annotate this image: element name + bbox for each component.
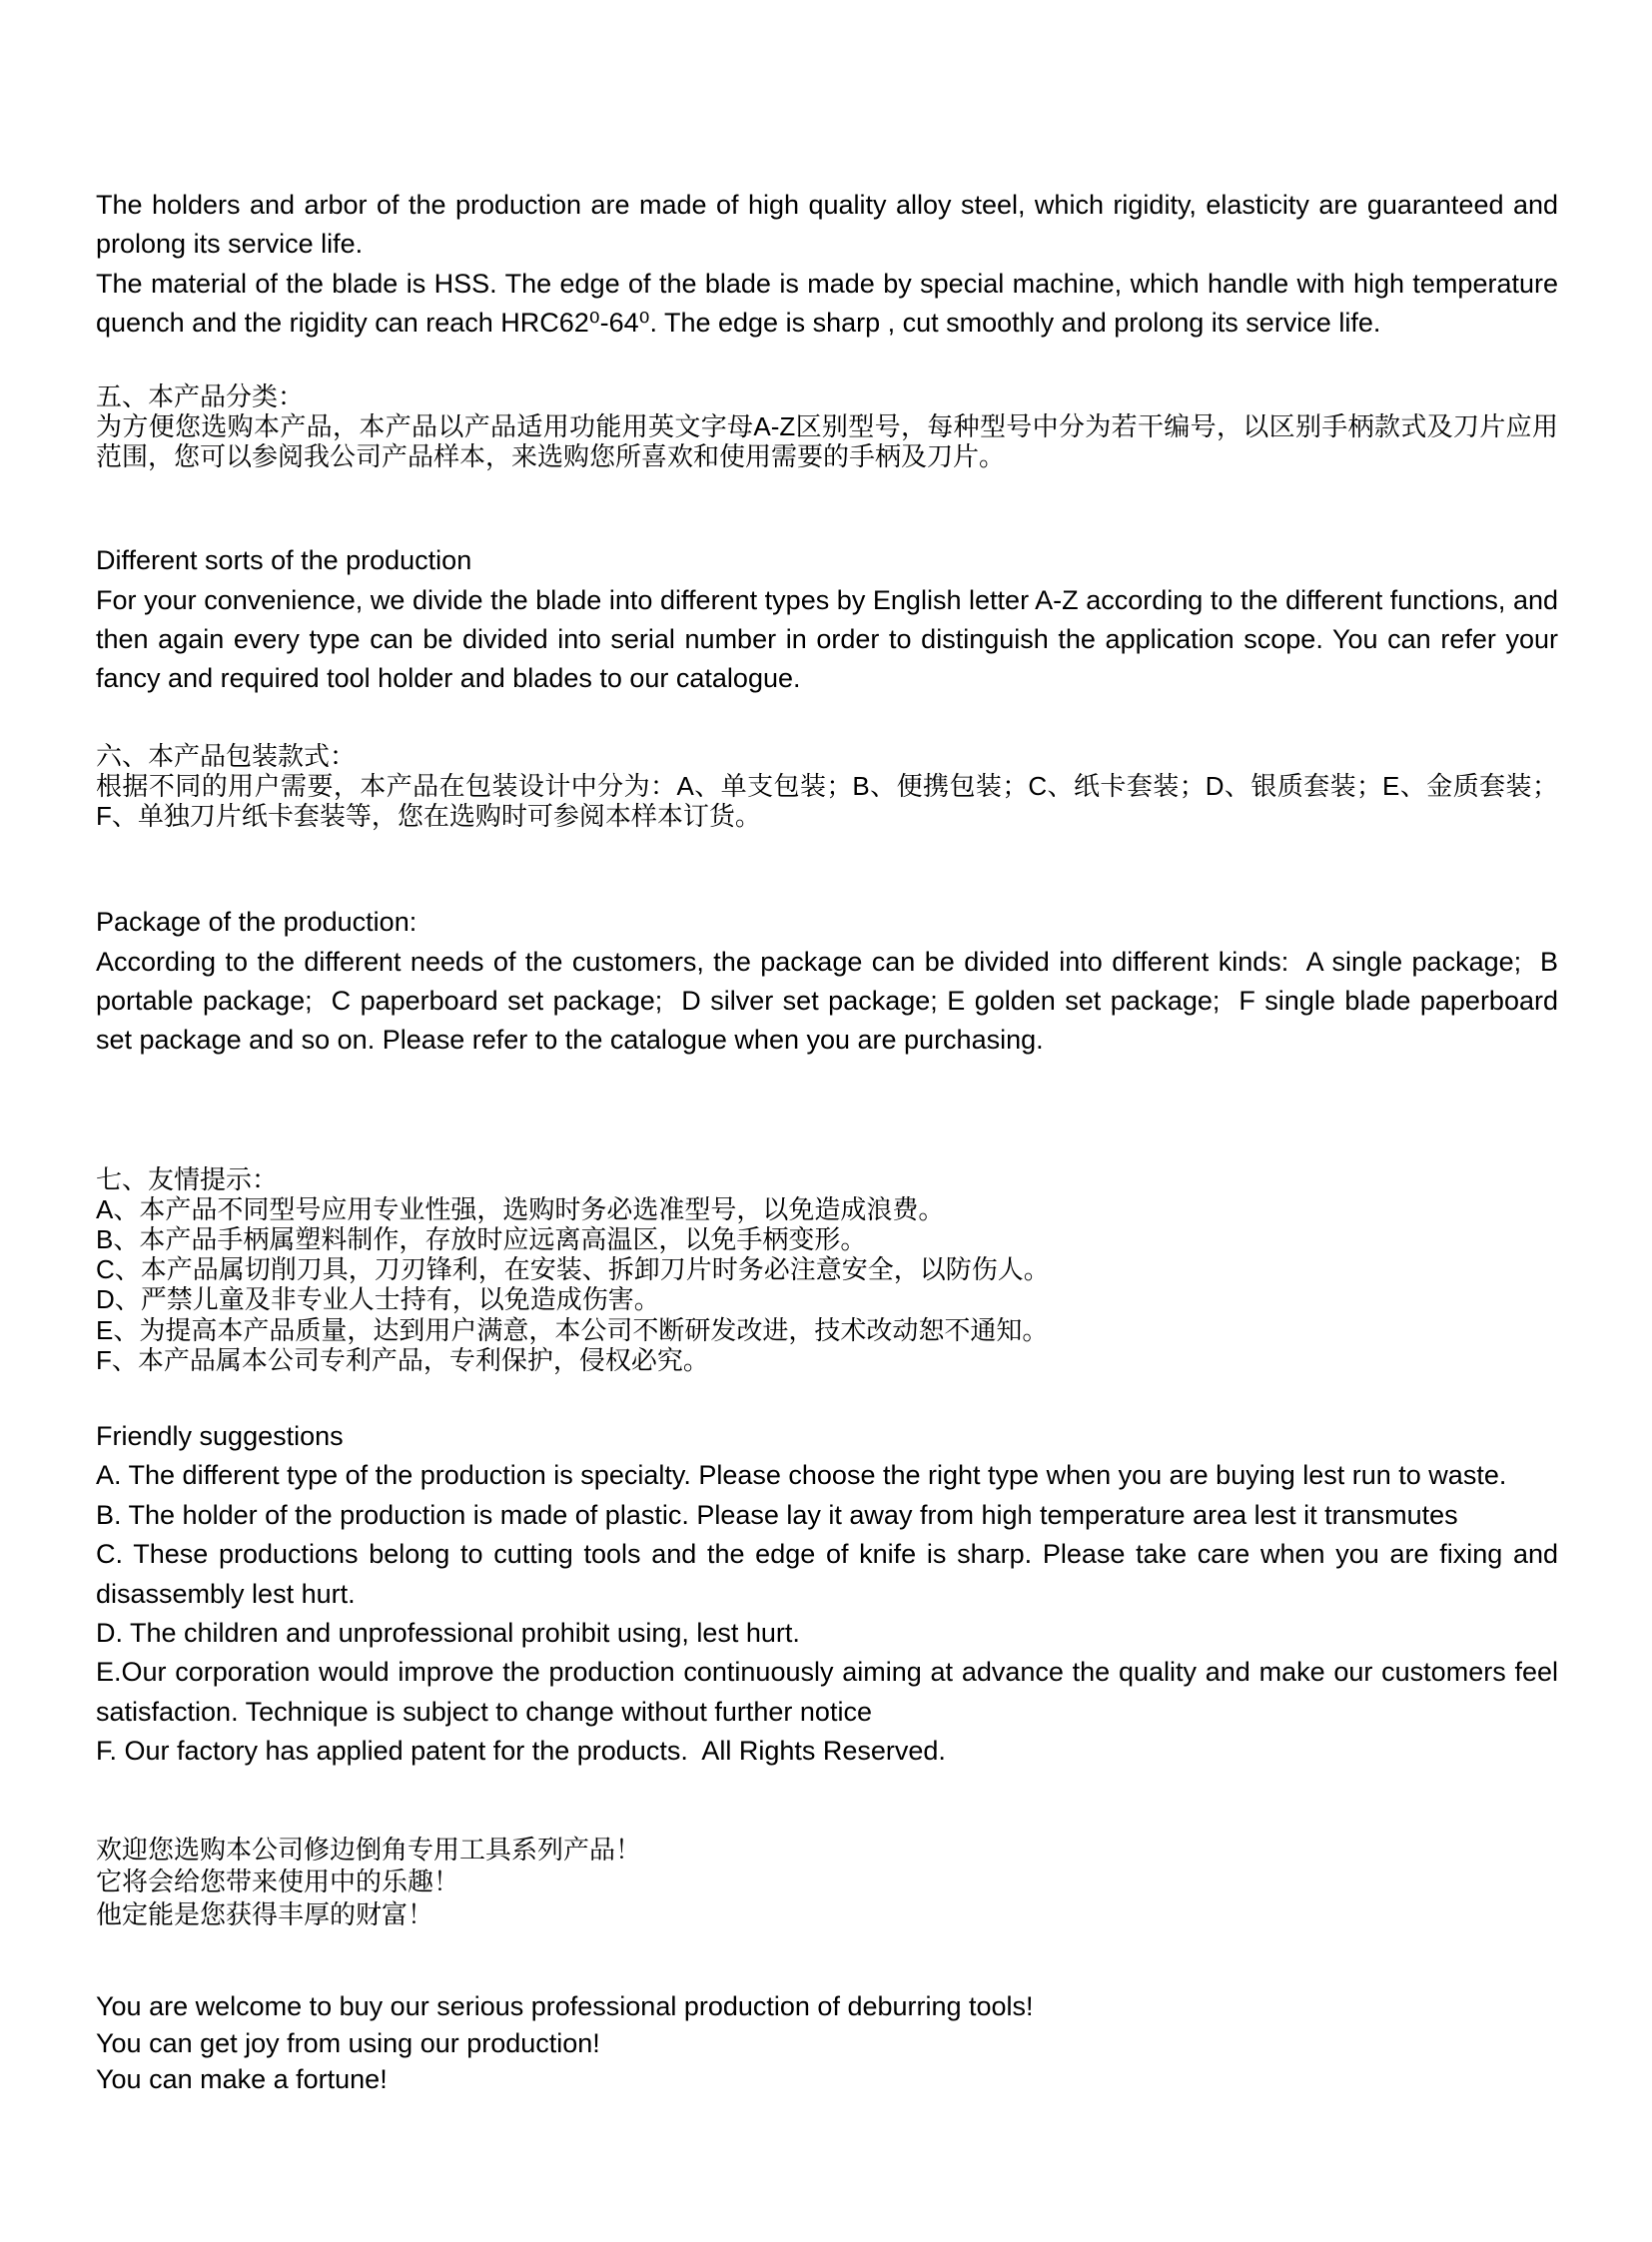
section5-body-zh: 为方便您选购本产品，本产品以产品适用功能用英文字母A-Z区别型号，每种型号中分为… (96, 411, 1558, 471)
closing-line-zh-3: 他定能是您获得丰厚的财富！ (96, 1898, 1558, 1931)
notice-item-zh-d: D、严禁儿童及非专业人士持有，以免造成伤害。 (96, 1284, 1558, 1314)
closing-line-zh-2: 它将会给您带来使用中的乐趣！ (96, 1866, 1558, 1898)
notice-item-zh-e: E、为提高本产品质量，达到用户满意，本公司不断研发改进，技术改动恕不通知。 (96, 1315, 1558, 1345)
suggestion-item-en-b: B. The holder of the production is made … (96, 1496, 1558, 1535)
closing-line-en-1: You are welcome to buy our serious profe… (96, 1988, 1558, 2024)
notice-item-zh-f: F、本产品属本公司专利产品，专利保护，侵权必究。 (96, 1345, 1558, 1375)
intro-paragraph-1: The holders and arbor of the production … (96, 186, 1558, 265)
closing-line-zh-1: 欢迎您选购本公司修边倒角专用工具系列产品！ (96, 1834, 1558, 1867)
suggestion-item-en-d: D. The children and unprofessional prohi… (96, 1614, 1558, 1653)
section6-body-zh: 根据不同的用户需要，本产品在包装设计中分为：A、单支包装；B、便携包装；C、纸卡… (96, 771, 1558, 831)
document-page: The holders and arbor of the production … (0, 0, 1652, 2242)
notice-item-zh-a: A、本产品不同型号应用专业性强，选购时务必选准型号，以免造成浪费。 (96, 1194, 1558, 1224)
intro-paragraph-2: The material of the blade is HSS. The ed… (96, 265, 1558, 344)
section6-heading-en: Package of the production: (96, 903, 1558, 942)
notice-item-zh-b: B、本产品手柄属塑料制作，存放时应远离高温区，以免手柄变形。 (96, 1224, 1558, 1254)
notice-item-zh-c: C、本产品属切削刀具，刀刃锋利，在安装、拆卸刀片时务必注意安全，以防伤人。 (96, 1254, 1558, 1284)
suggestion-item-en-a: A. The different type of the production … (96, 1456, 1558, 1495)
suggestion-item-en-e: E.Our corporation would improve the prod… (96, 1653, 1558, 1732)
section6-heading-zh: 六、本产品包装款式： (96, 741, 1558, 771)
suggestion-item-en-f: F. Our factory has applied patent for th… (96, 1732, 1558, 1771)
section7-heading-en: Friendly suggestions (96, 1417, 1558, 1456)
section7-heading-zh: 七、友情提示： (96, 1164, 1558, 1194)
section5-heading-en: Different sorts of the production (96, 541, 1558, 580)
closing-line-en-3: You can make a fortune! (96, 2061, 1558, 2097)
section6-body-en: According to the different needs of the … (96, 943, 1558, 1061)
section5-body-en: For your convenience, we divide the blad… (96, 581, 1558, 699)
section5-heading-zh: 五、本产品分类： (96, 381, 1558, 411)
suggestion-item-en-c: C. These productions belong to cutting t… (96, 1535, 1558, 1614)
closing-line-en-2: You can get joy from using our productio… (96, 2025, 1558, 2061)
